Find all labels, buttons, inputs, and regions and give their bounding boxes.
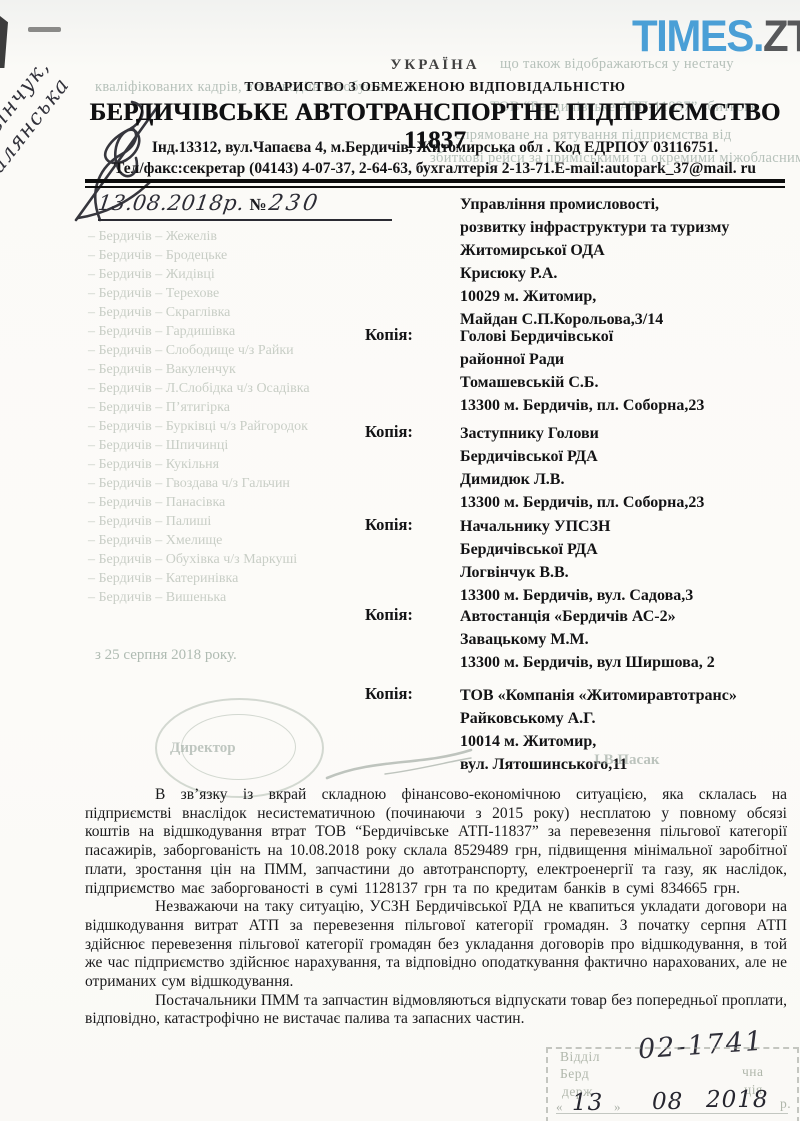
bleedthrough-route: – Бердичів – Кукільня [88,455,358,474]
copy-line: районної Ради [460,348,790,371]
copy-block-2: Заступнику Голови Бердичівської РДА Дими… [460,422,790,514]
times-zt-logo: TIMES.ZT [632,11,800,62]
copy-line: Начальнику УПСЗН [460,515,790,538]
bleedthrough-route: – Бердичів – Терехове [88,284,358,303]
stamp-r-label: р. [780,1096,791,1112]
bleedthrough-director-label: Директор [170,740,236,757]
handwritten-number: 230 [267,191,322,216]
copy-line: Заступнику Голови [460,422,790,445]
company-address: Інд.13312, вул.Чапаєва 4, м.Бердичів, Жи… [85,139,785,157]
bleedthrough-route: – Бердичів – Жежелів [88,227,358,246]
copy-label: Копія: [365,422,413,442]
country-name: УКРАЇНА [85,57,785,74]
bleedthrough-route: – Бердичів – Гардишівка [88,322,358,341]
copy-line: 13300 м. Бердичів, пл. Соборна,23 [460,394,790,417]
stamp-date-underline [556,1113,788,1114]
stamp-text-fragment: Берд [560,1066,589,1082]
bleedthrough-route: – Бердичів – Л.Слобідка ч/з Осадівка [88,379,358,398]
recipient-line: 10029 м. Житомир, [460,285,790,308]
org-type: ТОВАРИСТВО З ОБМЕЖЕНОЮ ВІДПОВІДАЛЬНІСТЮ [85,79,785,95]
stamp-text-fragment: Відділ [560,1049,600,1065]
bleedthrough-route: – Бердичів – Катеринівка [88,569,358,588]
bleedthrough-route: – Бердичів – Шпичинці [88,436,358,455]
number-sign: № [244,195,269,214]
company-contacts: Тел/факс:секретар (04143) 4-07-37, 2-64-… [85,160,785,178]
bleedthrough-route-list: – Бердичів – Жежелів – Бердичів – Бродец… [88,227,358,607]
bleedthrough-route: – Бердичів – Обухівка ч/з Маркуші [88,550,358,569]
stamp-text-fragment: чна [742,1064,764,1080]
recipient-block: Управління промисловості, розвитку інфра… [460,193,790,331]
copy-line: 13300 м. Бердичів, пл. Соборна,23 [460,491,790,514]
handwritten-stamp-year: 2018 [706,1087,769,1113]
recipient-line: Крисюку Р.А. [460,262,790,285]
recipient-line: Управління промисловості, [460,193,790,216]
bleedthrough-route: – Бердичів – Вакуленчук [88,360,358,379]
copy-line: ТОВ «Компанія «Житомиравтотранс» [460,684,790,707]
body-paragraph-1: В зв’язку із вкрай складною фінансово-ек… [85,786,787,898]
copy-line: Бердичівської РДА [460,445,790,468]
copy-line: Райковському А.Г. [460,707,790,730]
bleedthrough-route: – Бердичів – Вишенька [88,588,358,607]
copy-line: Димидюк Л.В. [460,468,790,491]
copy-line: Голові Бердичівської [460,325,790,348]
bleedthrough-route: – Бердичів – П’ятигірка [88,398,358,417]
handwritten-stamp-month: 08 [652,1089,683,1115]
bleedthrough-route: – Бердичів – Скраглівка [88,303,358,322]
copy-line: 10014 м. Житомир, [460,730,790,753]
letterhead-divider [85,179,785,188]
bleedthrough-route: – Бердичів – Бурківці ч/з Райгородок [88,417,358,436]
letter-body: В зв’язку із вкрай складною фінансово-ек… [85,786,787,1029]
scan-edge-artifact [0,16,8,68]
copy-label: Копія: [365,325,413,345]
handwritten-date: 13.08.2018р. [96,191,246,215]
bleedthrough-signatory-name: І.В.Пасак [594,752,660,769]
registration-line: 13.08.2018р.№230 [98,191,392,221]
copy-line: 13300 м. Бердичів, вул. Садова,3 [460,584,790,607]
scanned-letter-page: що також відображаються у нестачу кваліф… [0,0,800,1121]
logo-text-times: TIMES. [632,11,763,61]
bleedthrough-note: з 25 серпня 2018 року. [95,647,237,664]
recipient-line: розвитку інфраструктури та туризму [460,216,790,239]
bleedthrough-route: – Бердичів – Жидівці [88,265,358,284]
body-paragraph-3: Постачальники ПММ та запчастин відмовляю… [85,992,787,1029]
copy-line: Бердичівської РДА [460,538,790,561]
copy-block-3: Начальнику УПСЗН Бердичівської РДА Логві… [460,515,790,607]
copy-block-4: Автостанція «Бердичів АС-2» Завацькому М… [460,605,790,674]
copy-line: Завацькому М.М. [460,628,790,651]
copy-label: Копія: [365,605,413,625]
bleedthrough-route: – Бердичів – Хмелище [88,531,358,550]
copy-label: Копія: [365,515,413,535]
recipient-line: Житомирської ОДА [460,239,790,262]
copy-block-1: Голові Бердичівської районної Ради Томаш… [460,325,790,417]
bleedthrough-route: – Бердичів – Гвоздава ч/з Гальчин [88,474,358,493]
logo-text-zt: ZT [763,11,800,61]
bleedthrough-route: – Бердичів – Панасівка [88,493,358,512]
copy-label: Копія: [365,684,413,704]
bleedthrough-route: – Бердичів – Слободище ч/з Райки [88,341,358,360]
copy-line: Логвінчук В.В. [460,561,790,584]
bleedthrough-route: – Бердичів – Бродецьке [88,246,358,265]
copy-line: Томашевській С.Б. [460,371,790,394]
copy-line: 13300 м. Бердичів, вул Ширшова, 2 [460,651,790,674]
copy-line: Автостанція «Бердичів АС-2» [460,605,790,628]
bleedthrough-route: – Бердичів – Палиші [88,512,358,531]
bleedthrough-signature-swoosh [325,742,475,784]
body-paragraph-2: Незважаючи на таку ситуацію, УСЗН Бердич… [85,898,787,992]
